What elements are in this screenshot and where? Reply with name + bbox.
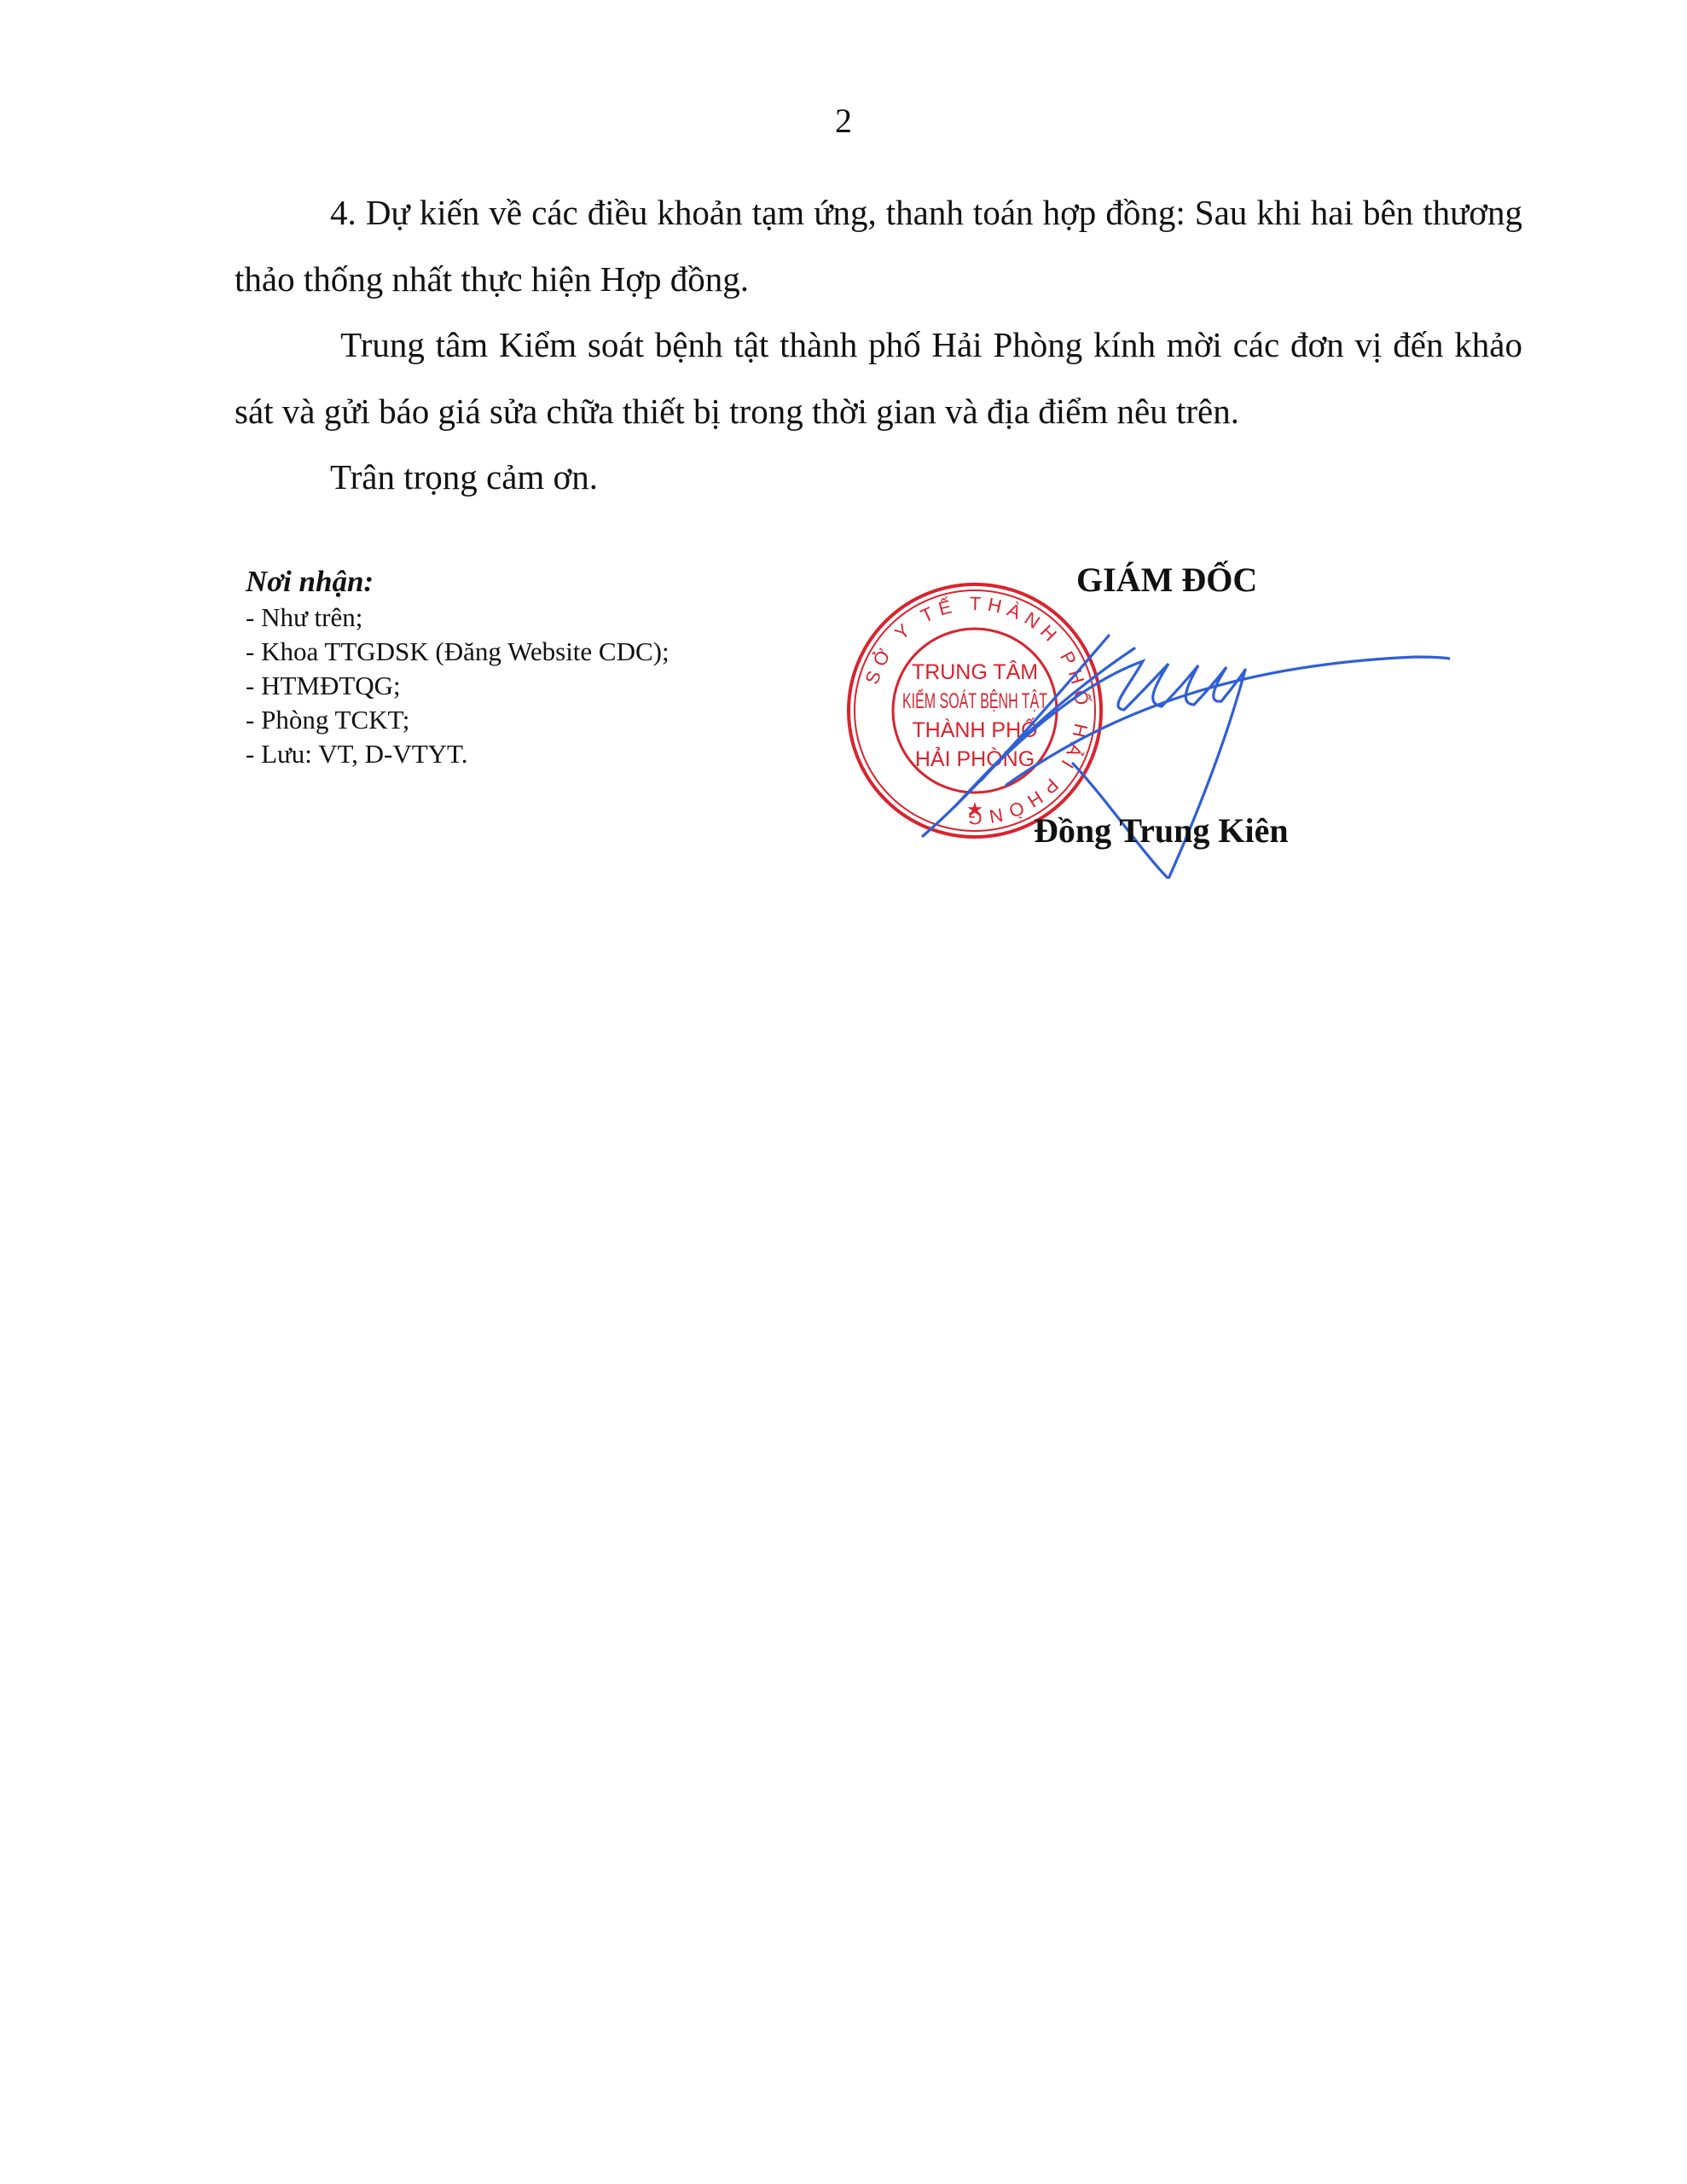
paragraph-text: Trân trọng cảm ơn. — [330, 457, 598, 497]
recipient-item: - Khoa TTGDSK (Đăng Website CDC); — [246, 635, 670, 669]
signer-name: Đồng Trung Kiên — [1034, 810, 1289, 851]
recipient-item: - Phòng TCKT; — [246, 703, 670, 737]
recipients-heading: Nơi nhận: — [246, 563, 670, 601]
paragraph-text: Trung tâm Kiểm soát bệnh tật thành phố H… — [235, 325, 1522, 431]
recipient-item: - Như trên; — [246, 601, 670, 635]
page-number: 2 — [0, 101, 1687, 142]
recipient-item: - Lưu: VT, D-VTYT. — [246, 737, 670, 771]
paragraph-invitation: Trung tâm Kiểm soát bệnh tật thành phố H… — [235, 311, 1522, 444]
paragraph-payment-terms: 4. Dự kiến về các điều khoản tạm ứng, th… — [235, 179, 1522, 312]
recipients-block: Nơi nhận: - Như trên; - Khoa TTGDSK (Đăn… — [246, 563, 670, 771]
recipient-item: - HTMĐTQG; — [246, 669, 670, 703]
paragraph-thanks: Trân trọng cảm ơn. — [235, 444, 1522, 510]
paragraph-text: 4. Dự kiến về các điều khoản tạm ứng, th… — [235, 193, 1522, 299]
